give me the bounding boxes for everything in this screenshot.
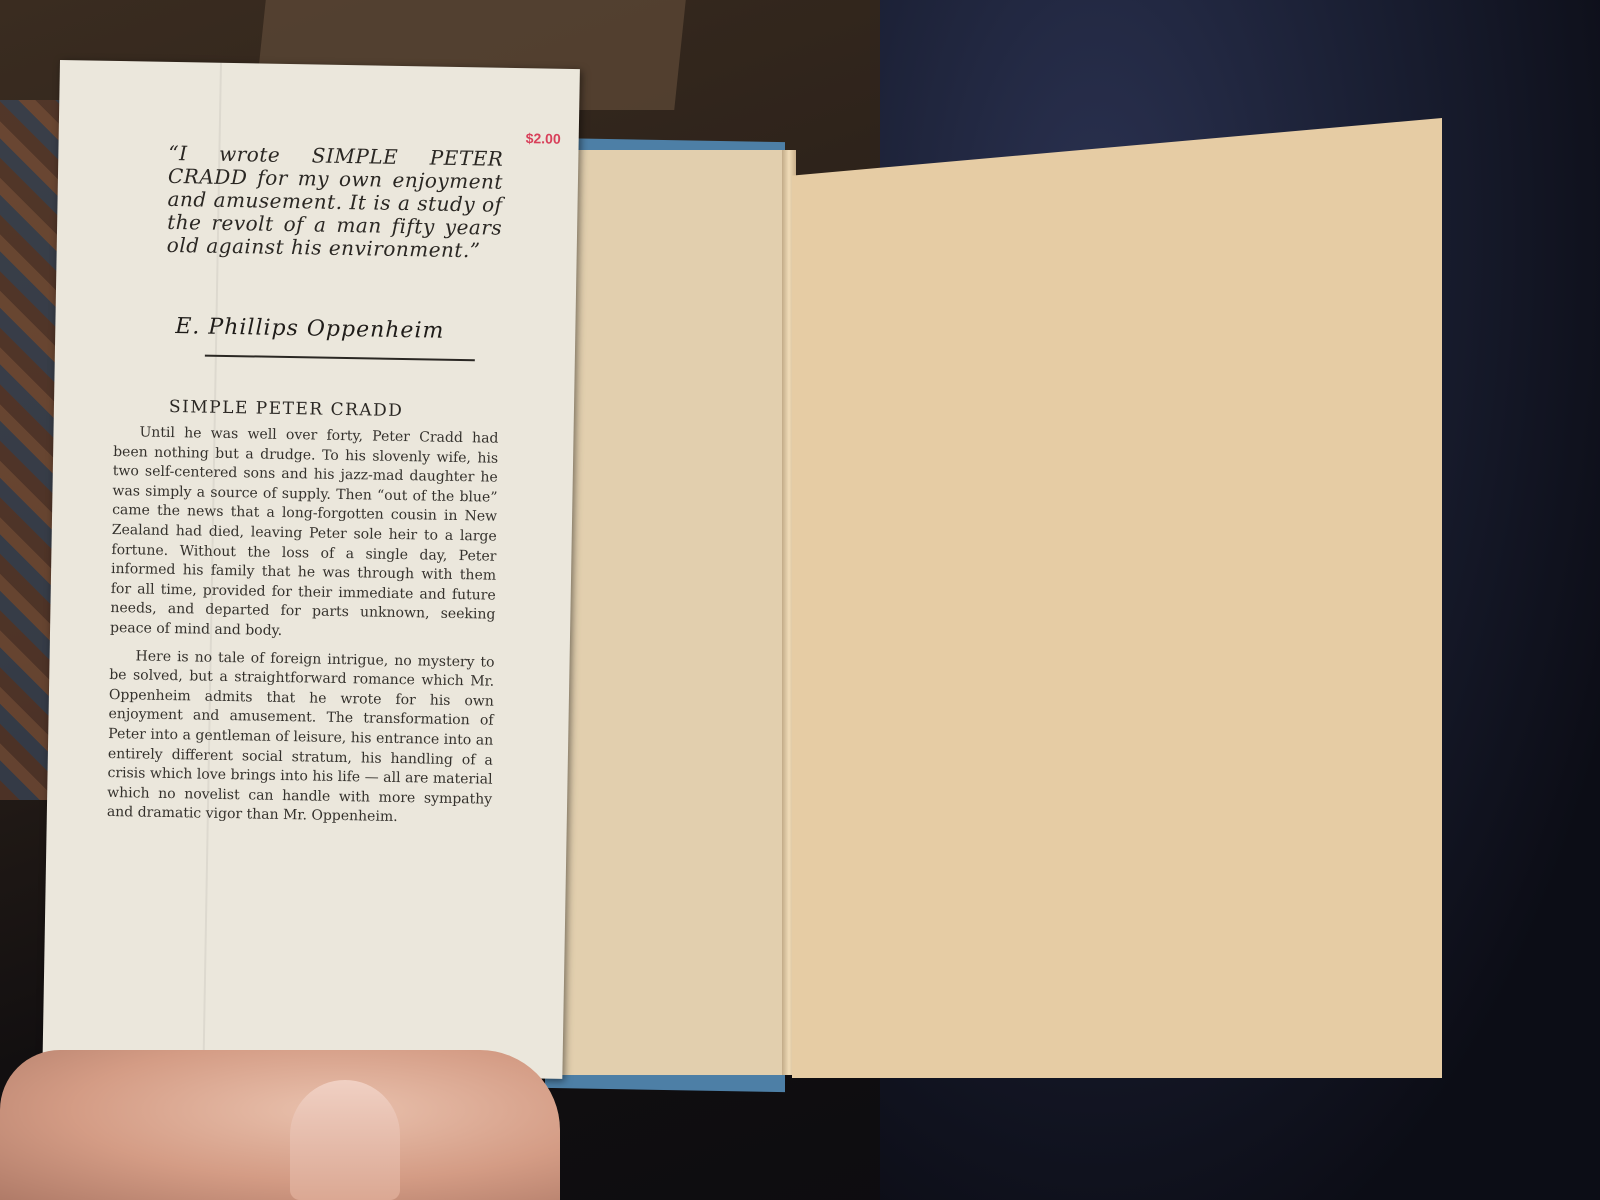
free-endpaper-page bbox=[792, 118, 1442, 1078]
thumb bbox=[290, 1080, 400, 1200]
author-signature: E. Phillips Oppenheim bbox=[175, 314, 495, 345]
hand bbox=[0, 1050, 560, 1200]
dust-jacket-flap: $2.00 “I wrote SIMPLE PETER CRADD for my… bbox=[42, 60, 580, 1079]
blurb-body: Until he was well over forty, Peter Crad… bbox=[107, 423, 499, 838]
author-quote: “I wrote SIMPLE PETER CRADD for my own e… bbox=[167, 142, 504, 263]
blurb-title: SIMPLE PETER CRADD bbox=[169, 397, 499, 423]
price-label: $2.00 bbox=[526, 130, 561, 147]
blurb-paragraph: Until he was well over forty, Peter Crad… bbox=[110, 423, 499, 645]
divider-rule bbox=[205, 355, 475, 362]
front-pastedown-endpaper bbox=[555, 150, 785, 1075]
blurb-paragraph: Here is no tale of foreign intrigue, no … bbox=[107, 646, 495, 829]
